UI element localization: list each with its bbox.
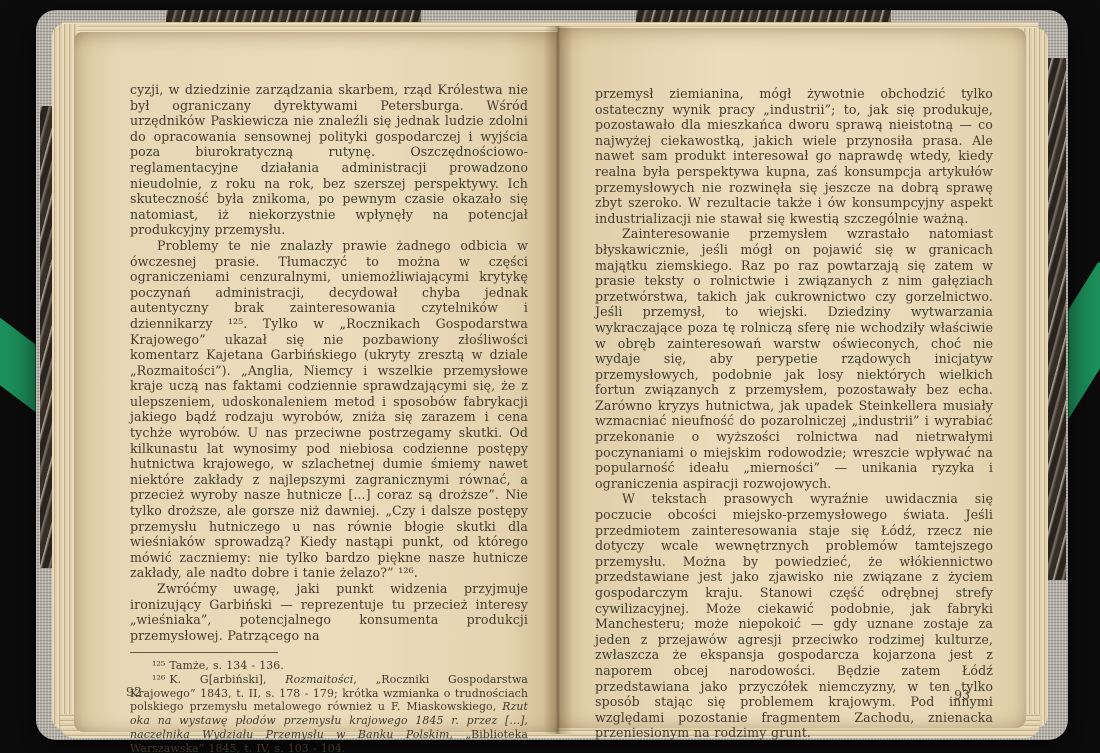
paragraph: W tekstach prasowych wyraźnie uwidacznia… xyxy=(595,491,993,741)
footnote: ¹²⁶K. G[arbiński], Rozmaitości, „Rocznik… xyxy=(130,673,528,753)
footnote-rule xyxy=(130,652,278,653)
paragraph: przemysł ziemianina, mógł żywotnie obcho… xyxy=(595,86,993,226)
page-left: cyzji, w dziedzinie zarządzania skarbem,… xyxy=(74,32,558,732)
page-number-right: 93 xyxy=(954,687,970,702)
page-right: przemysł ziemianina, mógł żywotnie obcho… xyxy=(558,28,1026,728)
footnote-marker: ¹²⁵ xyxy=(152,659,169,672)
page-number-left: 92 xyxy=(126,684,142,699)
paragraph: Problemy te nie znalazły prawie żadnego … xyxy=(130,238,528,581)
paragraph: Zwróćmy uwagę, jaki punkt widzenia przyj… xyxy=(130,581,528,643)
footnotes-block: ¹²⁵Tamże, s. 134 - 136. ¹²⁶K. G[arbiński… xyxy=(130,659,528,753)
body-text-right: przemysł ziemianina, mógł żywotnie obcho… xyxy=(595,86,993,741)
footnote: ¹²⁵Tamże, s. 134 - 136. xyxy=(130,659,528,673)
footnote-marker: ¹²⁶ xyxy=(152,673,169,686)
photo-background: cyzji, w dziedzinie zarządzania skarbem,… xyxy=(0,0,1100,753)
body-text-left: cyzji, w dziedzinie zarządzania skarbem,… xyxy=(130,82,528,753)
footnote-text: Tamże, s. 134 - 136. xyxy=(169,659,284,672)
footnote-text: K. G[arbiński], xyxy=(169,673,285,686)
paragraph: Zainteresowanie przemysłem wzrastało nat… xyxy=(595,226,993,491)
paragraph: cyzji, w dziedzinie zarządzania skarbem,… xyxy=(130,82,528,238)
footnote-text-italic: Rozmaitości xyxy=(285,673,353,686)
